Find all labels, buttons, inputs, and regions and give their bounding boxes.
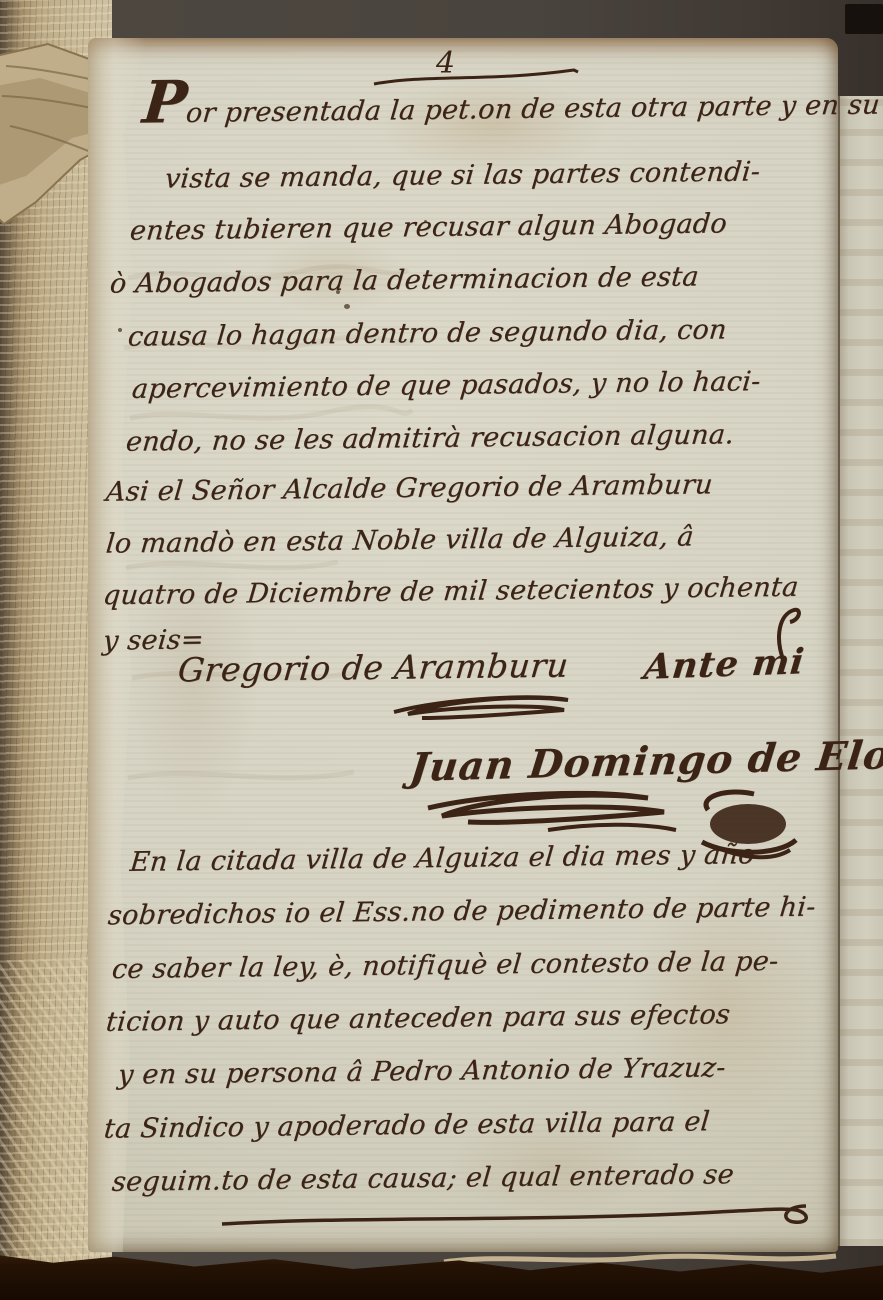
background-dark-label — [845, 4, 883, 34]
book-photograph: 4 Por presentada la pet.on de esta otra … — [0, 0, 883, 1300]
ink-speck — [344, 304, 350, 309]
folio-number: 4 — [436, 46, 455, 81]
adjacent-page — [838, 96, 883, 1246]
adjacent-page-ghost-text — [840, 96, 883, 1246]
ante-mi-attestation: Ante mi — [642, 641, 807, 688]
manuscript-page: 4 Por presentada la pet.on de esta otra … — [88, 38, 838, 1252]
ink-speck — [118, 328, 122, 332]
signature-gregorio-de-aramburu: Gregorio de Aramburu — [176, 646, 570, 690]
